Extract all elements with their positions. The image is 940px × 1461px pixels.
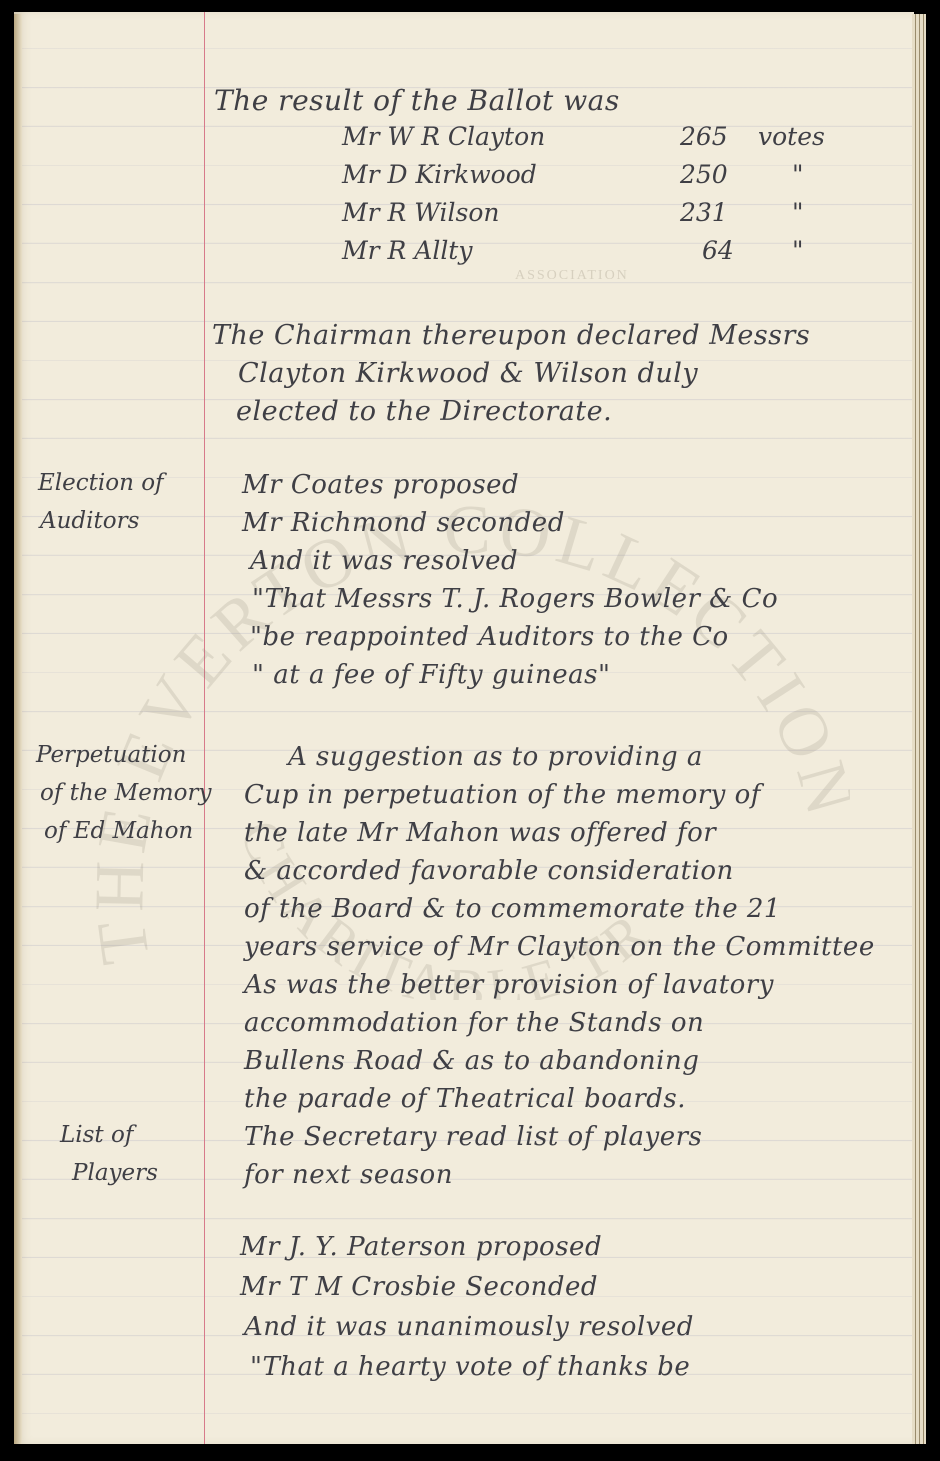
minute-line: of the Board & to commemorate the 21 — [244, 894, 781, 924]
red-margin-rule — [204, 12, 205, 1444]
margin-heading: of the Memory — [40, 780, 211, 806]
declaration-line: The Chairman thereupon declared Messrs — [212, 320, 810, 351]
margin-heading: List of — [60, 1122, 133, 1148]
vote-unit: votes — [758, 122, 825, 151]
vote-count: 265 — [680, 122, 728, 151]
declaration-line: Clayton Kirkwood & Wilson duly — [238, 358, 698, 389]
minute-line: And it was resolved — [250, 546, 518, 576]
minute-line: years service of Mr Clayton on the Commi… — [244, 932, 875, 962]
bleed-through-text: ASSOCIATION — [515, 268, 629, 284]
margin-heading: Auditors — [40, 508, 139, 534]
minute-line: "That a hearty vote of thanks be — [250, 1352, 690, 1382]
candidate-name: Mr R Wilson — [342, 198, 500, 227]
minute-line: Mr Coates proposed — [242, 470, 519, 500]
minute-line: for next season — [244, 1160, 453, 1190]
minute-line: And it was unanimously resolved — [244, 1312, 694, 1342]
vote-count: 64 — [702, 236, 734, 265]
candidate-name: Mr D Kirkwood — [342, 160, 537, 189]
minute-line: the late Mr Mahon was offered for — [244, 818, 716, 848]
declaration-line: elected to the Directorate. — [236, 396, 612, 427]
minute-line: & accorded favorable consideration — [244, 856, 734, 886]
minute-line: The Secretary read list of players — [244, 1122, 702, 1152]
minute-line: As was the better provision of lavatory — [244, 970, 774, 1000]
minute-line: Mr J. Y. Paterson proposed — [240, 1232, 602, 1262]
minute-line: Cup in perpetuation of the memory of — [244, 780, 761, 810]
candidate-name: Mr W R Clayton — [342, 122, 545, 151]
vote-count: 250 — [680, 160, 728, 189]
page-binding-edge — [14, 14, 22, 1444]
stacked-page-edges — [912, 14, 926, 1444]
minute-line: accommodation for the Stands on — [244, 1008, 704, 1038]
minute-line: Bullens Road & as to abandoning — [244, 1046, 699, 1076]
minute-line: Mr Richmond seconded — [242, 508, 565, 538]
vote-unit: " — [792, 160, 804, 189]
margin-heading: Perpetuation — [36, 742, 186, 768]
margin-heading: Election of — [38, 470, 164, 496]
minute-line: Mr T M Crosbie Seconded — [240, 1272, 598, 1302]
minute-line: " at a fee of Fifty guineas" — [252, 660, 610, 690]
minute-line: A suggestion as to providing a — [288, 742, 703, 772]
vote-count: 231 — [680, 198, 728, 227]
ballot-heading: The result of the Ballot was — [214, 84, 620, 117]
margin-heading: Players — [72, 1160, 158, 1186]
vote-unit: " — [792, 236, 804, 265]
vote-unit: " — [792, 198, 804, 227]
minute-line: "That Messrs T. J. Rogers Bowler & Co — [252, 584, 778, 614]
candidate-name: Mr R Allty — [342, 236, 472, 265]
margin-heading: of Ed Mahon — [44, 818, 193, 844]
minute-line: "be reappointed Auditors to the Co — [250, 622, 729, 652]
minute-line: the parade of Theatrical boards. — [244, 1084, 686, 1114]
